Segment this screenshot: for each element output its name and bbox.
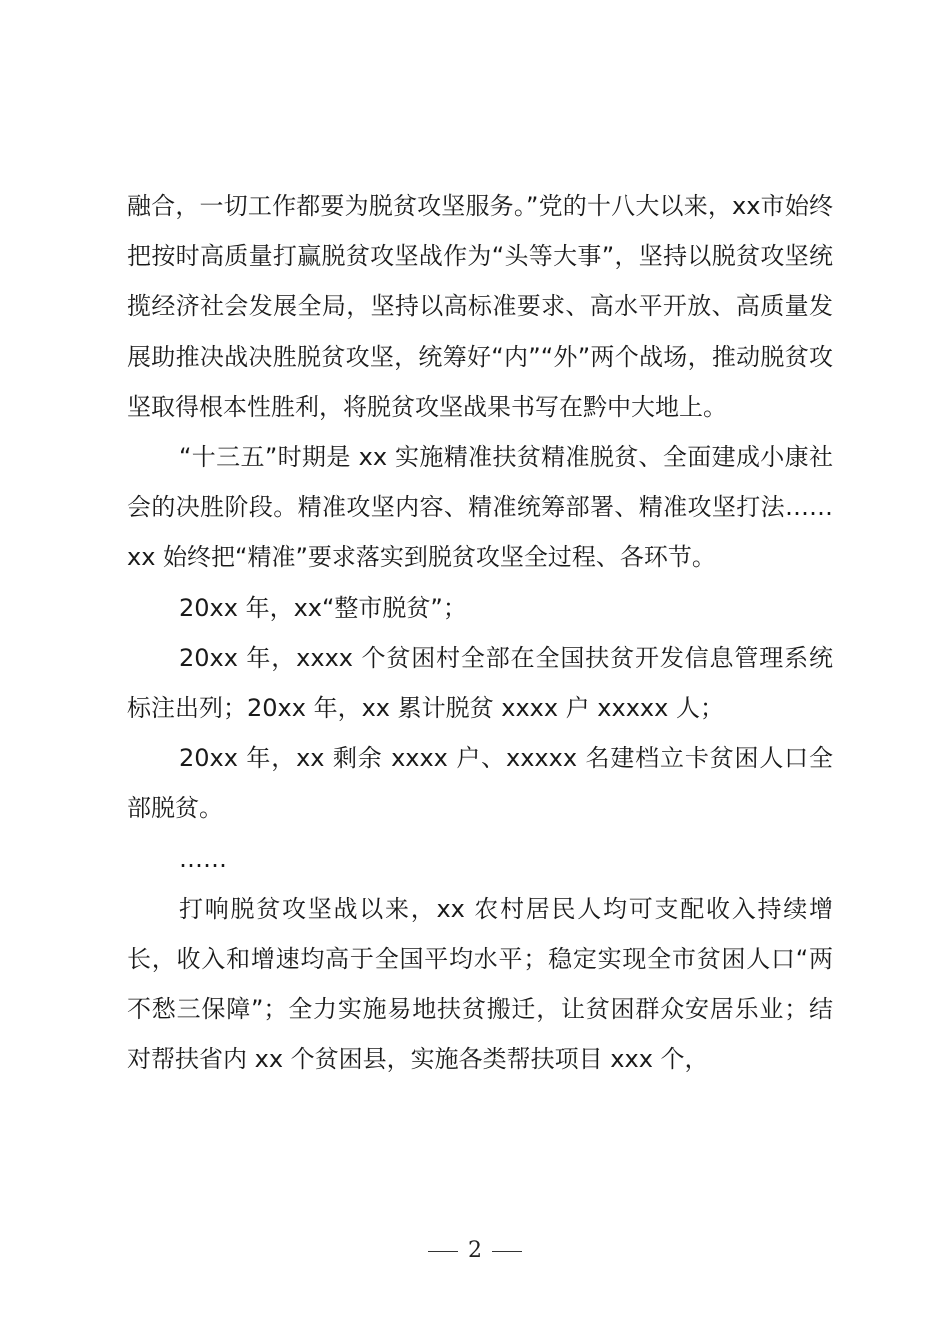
page-footer: 2 [0,1238,950,1263]
paragraph-2: “十三五”时期是 xx 实施精准扶贫精准脱贫、全面建成小康社会的决胜阶段。精准攻… [127,432,833,583]
document-page: 融合，一切工作都要为脱贫攻坚服务。”党的十八大以来，xx市始终把按时高质量打赢脱… [0,0,950,1344]
paragraph-5: 20xx 年，xx 剩余 xxxx 户、xxxxx 名建档立卡贫困人口全部脱贫。 [127,733,833,833]
paragraph-6: …… [127,834,833,884]
document-body: 融合，一切工作都要为脱贫攻坚服务。”党的十八大以来，xx市始终把按时高质量打赢脱… [127,181,833,1085]
page-number: 2 [468,1238,482,1263]
dash-left [428,1251,458,1252]
paragraph-7: 打响脱贫攻坚战以来，xx 农村居民人均可支配收入持续增长，收入和增速均高于全国平… [127,884,833,1085]
paragraph-4: 20xx 年，xxxx 个贫困村全部在全国扶贫开发信息管理系统标注出列；20xx… [127,633,833,733]
paragraph-1: 融合，一切工作都要为脱贫攻坚服务。”党的十八大以来，xx市始终把按时高质量打赢脱… [127,181,833,432]
paragraph-3: 20xx 年，xx“整市脱贫”； [127,583,833,633]
dash-right [492,1251,522,1252]
